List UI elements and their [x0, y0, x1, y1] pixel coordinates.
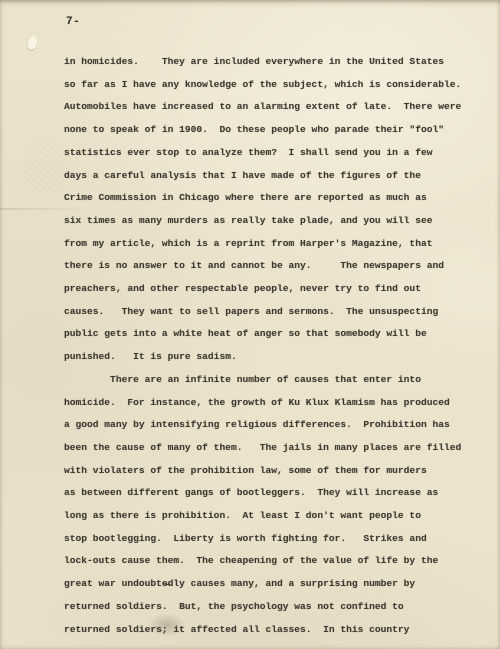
- text-line: none to speak of in 1900. Do these peopl…: [64, 119, 494, 142]
- text-line: a good many by intensifying religious di…: [64, 414, 494, 437]
- text-line: six times as many murders as really take…: [64, 210, 494, 233]
- text-line: so far as I have any knowledge of the su…: [64, 74, 494, 97]
- text-line: lock-outs cause them. The cheapening of …: [64, 550, 494, 573]
- document-page: 7- in homicides. They are included every…: [0, 0, 500, 649]
- text-line: stop bootlegging. Liberty is worth fight…: [64, 528, 494, 551]
- text-line: there is no answer to it and cannot be a…: [64, 255, 494, 278]
- text-line: with violaters of the prohibition law, s…: [64, 460, 494, 483]
- text-line: returned soldiers; it affected all class…: [64, 619, 494, 642]
- text-line: from my article, which is a reprint from…: [64, 233, 494, 256]
- text-line: punished. It is pure sadism.: [64, 346, 494, 369]
- text-line: There are an infinite number of causes t…: [64, 369, 494, 392]
- text-line: long as there is prohibition. At least I…: [64, 505, 494, 528]
- text-line: statistics ever stop to analyze them? I …: [64, 142, 494, 165]
- text-line: as between different gangs of bootlegger…: [64, 482, 494, 505]
- text-line: been the cause of many of them. The jail…: [64, 437, 494, 460]
- text-line: Crime Commission in Chicago where there …: [64, 187, 494, 210]
- text-line: days a careful analysis that I have made…: [64, 165, 494, 188]
- typed-text-block: in homicides. They are included everywhe…: [64, 51, 494, 641]
- text-line: great war undoubte̶dly causes many, and …: [64, 573, 494, 596]
- text-line: preachers, and other respectable people,…: [64, 278, 494, 301]
- page-number: 7-: [66, 16, 80, 28]
- text-line: returned soldiers. But, the psychology w…: [64, 596, 494, 619]
- text-line: in homicides. They are included everywhe…: [64, 51, 494, 74]
- text-line: Automobiles have increased to an alarmin…: [64, 96, 494, 119]
- text-line: homicide. For instance, the growth of Ku…: [64, 392, 494, 415]
- text-line: causes. They want to sell papers and ser…: [64, 301, 494, 324]
- paper-nick-mark: [26, 35, 39, 51]
- text-line: public gets into a white heat of anger s…: [64, 323, 494, 346]
